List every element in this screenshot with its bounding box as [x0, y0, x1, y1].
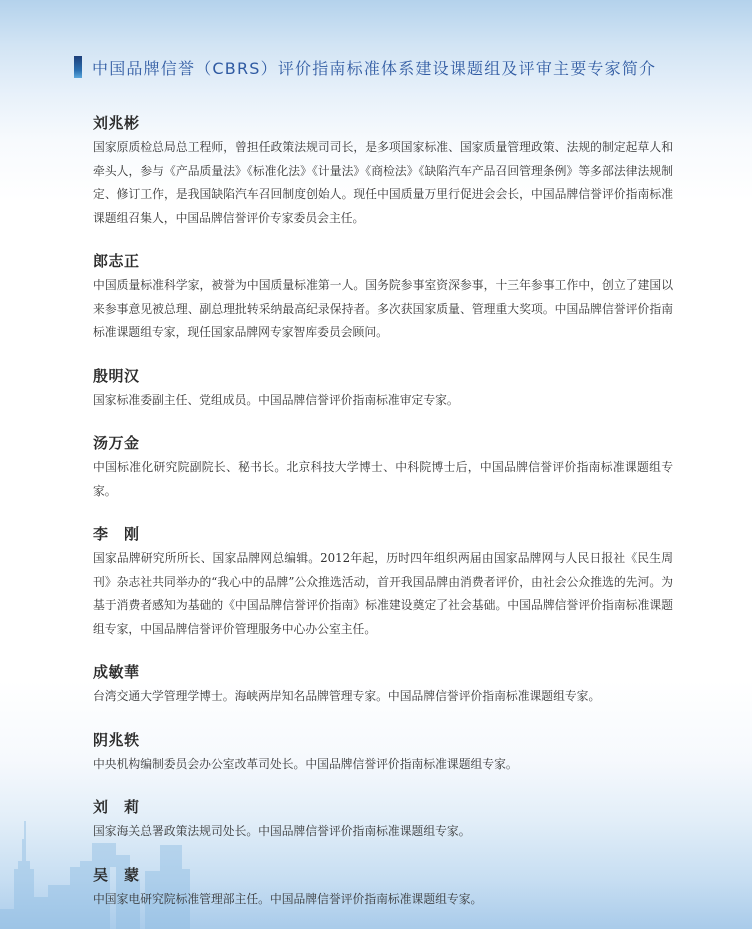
- expert-bio: 国家品牌研究所所长、国家品牌网总编辑。2012年起，历时四年组织两届由国家品牌网…: [93, 547, 673, 641]
- expert-list: 刘兆彬 国家原质检总局总工程师，曾担任政策法规司司长，是多项国家标准、国家质量管…: [93, 110, 673, 929]
- expert-entry: 殷明汉 国家标准委副主任、党组成员。中国品牌信誉评价指南标准审定专家。: [93, 363, 673, 413]
- expert-bio: 中国家电研究院标准管理部主任。中国品牌信誉评价指南标准课题组专家。: [93, 888, 673, 912]
- expert-bio: 国家原质检总局总工程师，曾担任政策法规司司长，是多项国家标准、国家质量管理政策、…: [93, 136, 673, 230]
- header-accent-bar: [74, 56, 82, 78]
- expert-name: 郎志正: [93, 248, 673, 274]
- expert-name: 吴 蒙: [93, 862, 673, 888]
- expert-bio: 中国标准化研究院副院长、秘书长。北京科技大学博士、中科院博士后，中国品牌信誉评价…: [93, 456, 673, 503]
- expert-entry: 刘 莉 国家海关总署政策法规司处长。中国品牌信誉评价指南标准课题组专家。: [93, 794, 673, 844]
- expert-name: 李 刚: [93, 521, 673, 547]
- expert-name: 阴兆轶: [93, 727, 673, 753]
- expert-name: 汤万金: [93, 430, 673, 456]
- expert-entry: 汤万金 中国标准化研究院副院长、秘书长。北京科技大学博士、中科院博士后，中国品牌…: [93, 430, 673, 503]
- expert-bio: 台湾交通大学管理学博士。海峡两岸知名品牌管理专家。中国品牌信誉评价指南标准课题组…: [93, 685, 673, 709]
- expert-name: 刘 莉: [93, 794, 673, 820]
- expert-entry: 刘兆彬 国家原质检总局总工程师，曾担任政策法规司司长，是多项国家标准、国家质量管…: [93, 110, 673, 230]
- expert-bio: 中央机构编制委员会办公室改革司处长。中国品牌信誉评价指南标准课题组专家。: [93, 753, 673, 777]
- expert-entry: 阴兆轶 中央机构编制委员会办公室改革司处长。中国品牌信誉评价指南标准课题组专家。: [93, 727, 673, 777]
- page-header: 中国品牌信誉（CBRS）评价指南标准体系建设课题组及评审主要专家简介: [74, 56, 656, 78]
- expert-bio: 国家标准委副主任、党组成员。中国品牌信誉评价指南标准审定专家。: [93, 389, 673, 413]
- expert-entry: 李 刚 国家品牌研究所所长、国家品牌网总编辑。2012年起，历时四年组织两届由国…: [93, 521, 673, 641]
- expert-bio: 国家海关总署政策法规司处长。中国品牌信誉评价指南标准课题组专家。: [93, 820, 673, 844]
- expert-entry: 郎志正 中国质量标准科学家，被誉为中国质量标准第一人。国务院参事室资深参事，十三…: [93, 248, 673, 345]
- expert-bio: 中国质量标准科学家，被誉为中国质量标准第一人。国务院参事室资深参事，十三年参事工…: [93, 274, 673, 345]
- expert-entry: 成敏華 台湾交通大学管理学博士。海峡两岸知名品牌管理专家。中国品牌信誉评价指南标…: [93, 659, 673, 709]
- expert-name: 殷明汉: [93, 363, 673, 389]
- page-title: 中国品牌信誉（CBRS）评价指南标准体系建设课题组及评审主要专家简介: [92, 56, 656, 79]
- expert-name: 刘兆彬: [93, 110, 673, 136]
- expert-entry: 吴 蒙 中国家电研究院标准管理部主任。中国品牌信誉评价指南标准课题组专家。: [93, 862, 673, 912]
- expert-name: 成敏華: [93, 659, 673, 685]
